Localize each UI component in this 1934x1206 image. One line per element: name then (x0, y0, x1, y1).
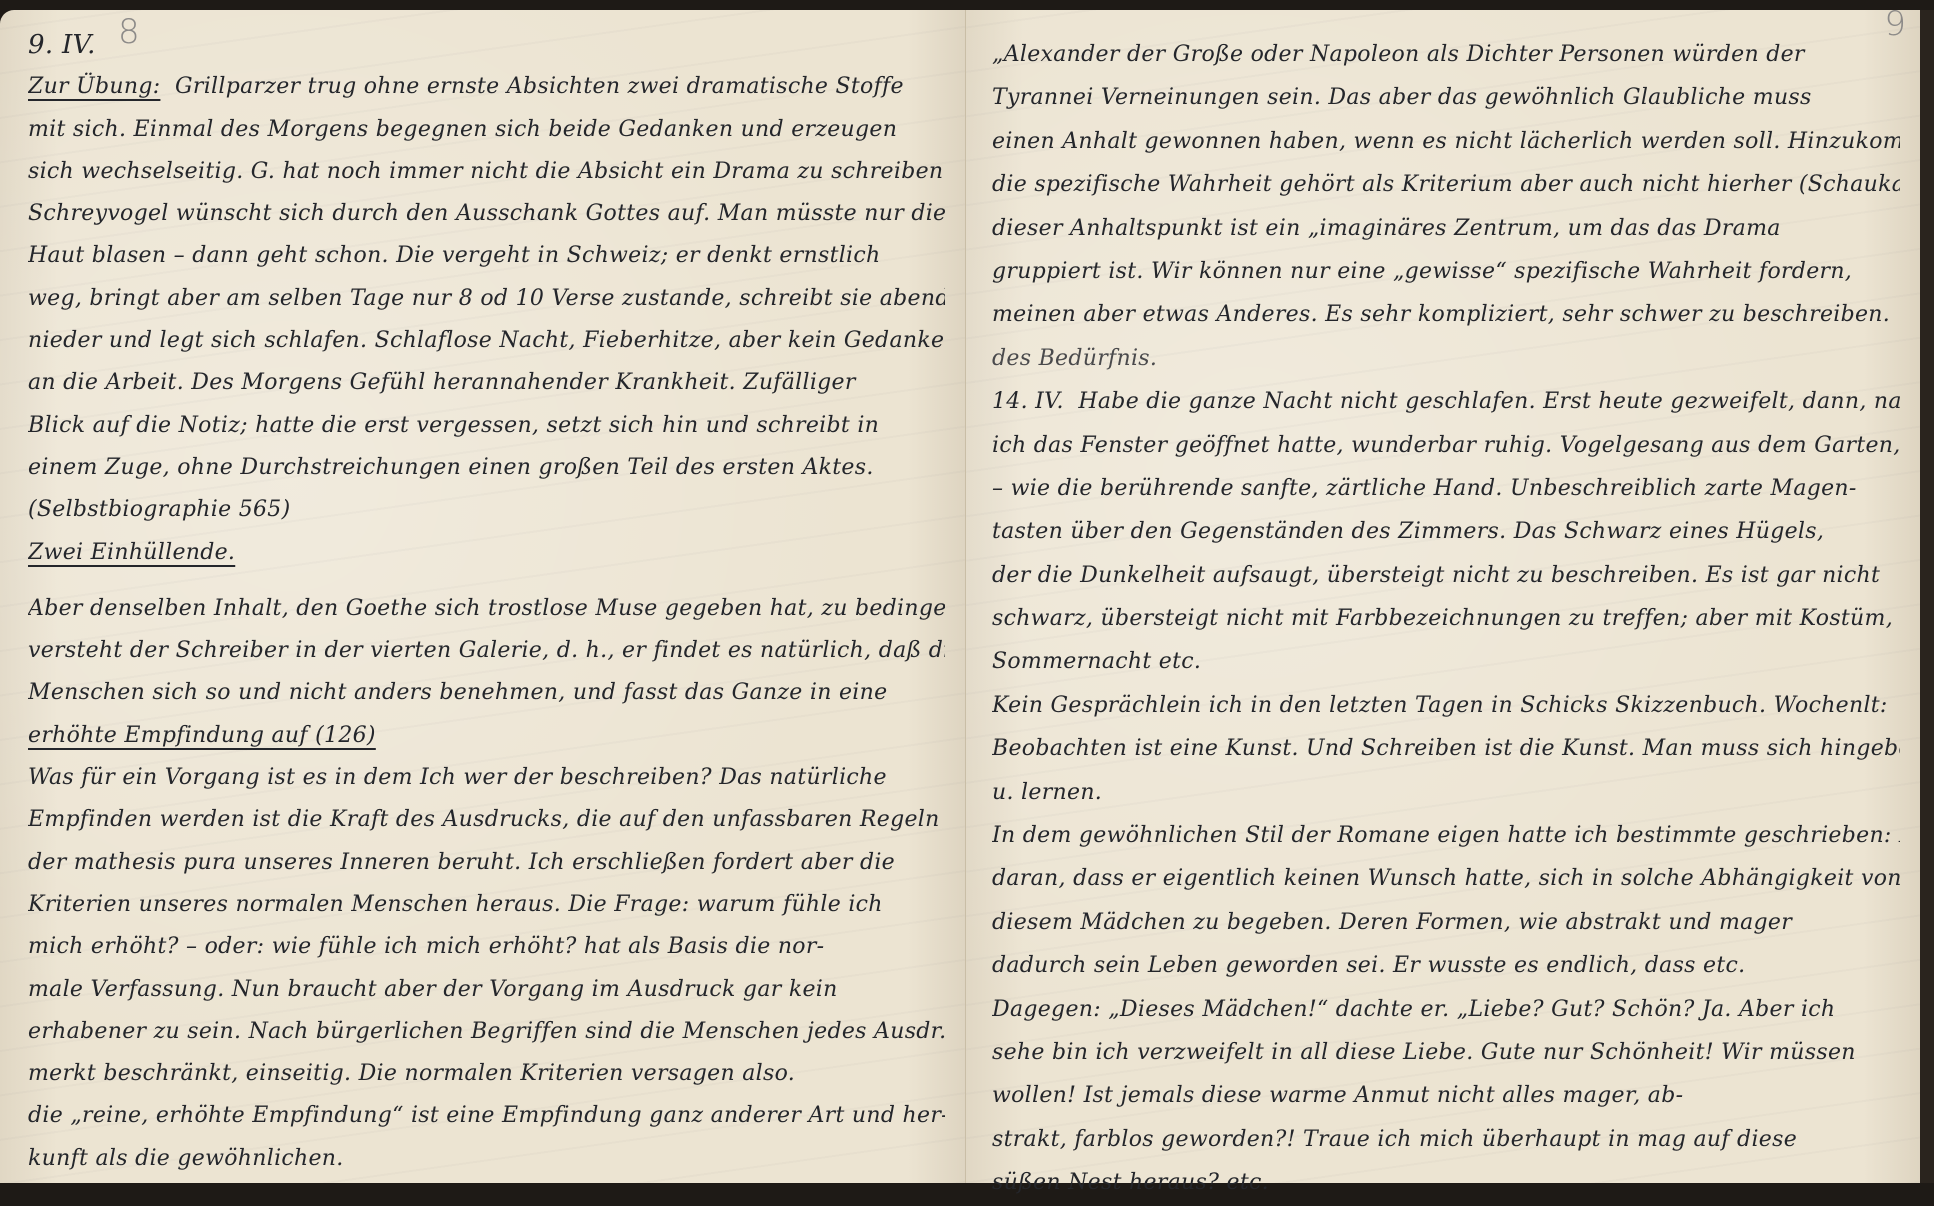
text-line: dadurch sein Leben geworden sei. Er wuss… (992, 945, 1900, 988)
text-line: Blick auf die Notiz; hatte die erst verg… (28, 405, 945, 447)
citation-line: (Selbstbiographie 565) (28, 489, 945, 531)
text-line: tasten über den Gegenständen des Zimmers… (992, 511, 1900, 554)
text-line: schwarz, übersteigt nicht mit Farbbezeic… (992, 598, 1900, 641)
text-line: Was für ein Vorgang ist es in dem Ich we… (28, 757, 945, 799)
text-line: wollen! Ist jemals diese warme Anmut nic… (992, 1075, 1900, 1118)
underlined-phrase: erhöhte Empfindung auf (126) (28, 723, 376, 748)
right-page: 9 „Alexander der Große oder Napoleon als… (965, 10, 1920, 1183)
left-page-text: 9. IV. Zur Übung: Grillparzer trug ohne … (28, 24, 945, 1180)
text-line: ich das Fenster geöffnet hatte, wunderba… (992, 425, 1900, 468)
text-line: des Bedürfnis. (992, 338, 1900, 381)
text-line: Aber denselben Inhalt, den Goethe sich t… (28, 588, 945, 630)
text-line: gruppiert ist. Wir können nur eine „gewi… (992, 251, 1900, 294)
text-line: sich wechselseitig. G. hat noch immer ni… (28, 151, 945, 193)
line-text: Habe die ganze Nacht nicht geschlafen. E… (1078, 389, 1900, 414)
text-line: kunft als die gewöhnlichen. (28, 1138, 945, 1180)
text-line: Schreyvogel wünscht sich durch den Aussc… (28, 193, 945, 235)
notebook-spread: 8 9. IV. Zur Übung: Grillparzer trug ohn… (0, 10, 1934, 1183)
entry-date: 14. IV. (992, 389, 1064, 414)
text-line: der mathesis pura unseres Inneren beruht… (28, 842, 945, 884)
text-line: daran, dass er eigentlich keinen Wunsch … (992, 858, 1900, 901)
text-line: „Alexander der Große oder Napoleon als D… (992, 34, 1900, 77)
text-line: Menschen sich so und nicht anders benehm… (28, 672, 945, 714)
text-line: u. lernen. (992, 772, 1900, 815)
text-line: Beobachten ist eine Kunst. Und Schreiben… (992, 728, 1900, 771)
text-line: Empfinden werden ist die Kraft des Ausdr… (28, 799, 945, 841)
text-line: die spezifische Wahrheit gehört als Krit… (992, 164, 1900, 207)
text-line: strakt, farblos geworden?! Traue ich mic… (992, 1119, 1900, 1162)
text-line: nieder und legt sich schlafen. Schlaflos… (28, 320, 945, 362)
text-line: diesem Mädchen zu begeben. Deren Formen,… (992, 902, 1900, 945)
text-line: In dem gewöhnlichen Stil der Romane eige… (992, 815, 1900, 858)
text-line: Kein Gesprächlein ich in den letzten Tag… (992, 685, 1900, 728)
section-heading: Zur Übung: (28, 74, 160, 99)
line-text: Grillparzer trug ohne ernste Absichten z… (175, 74, 904, 99)
text-line: mich erhöht? – oder: wie fühle ich mich … (28, 926, 945, 968)
text-line: erhöhte Empfindung auf (126) (28, 715, 945, 757)
text-line: der die Dunkelheit aufsaugt, übersteigt … (992, 555, 1900, 598)
text-line: Dagegen: „Dieses Mädchen!“ dachte er. „L… (992, 989, 1900, 1032)
entry-first-line: 14. IV. Habe die ganze Nacht nicht gesch… (992, 381, 1900, 424)
right-page-text: „Alexander der Große oder Napoleon als D… (992, 34, 1900, 1183)
text-line: süßen Nest heraus? etc. (992, 1162, 1900, 1183)
text-line: versteht der Schreiber in der vierten Ga… (28, 630, 945, 672)
spacer (28, 574, 945, 588)
text-line: weg, bringt aber am selben Tage nur 8 od… (28, 278, 945, 320)
text-line: sehe bin ich verzweifelt in all diese Li… (992, 1032, 1900, 1075)
text-line: Tyrannei Verneinungen sein. Das aber das… (992, 77, 1900, 120)
text-line: meinen aber etwas Anderes. Es sehr kompl… (992, 294, 1900, 337)
text-line: male Verfassung. Nun braucht aber der Vo… (28, 969, 945, 1011)
first-line: Zur Übung: Grillparzer trug ohne ernste … (28, 66, 945, 108)
text-line: an die Arbeit. Des Morgens Gefühl herann… (28, 362, 945, 404)
text-line: merkt beschränkt, einseitig. Die normale… (28, 1053, 945, 1095)
subheading-line: Zwei Einhüllende. (28, 532, 945, 574)
text-line: einem Zuge, ohne Durchstreichungen einen… (28, 447, 945, 489)
text-line: dieser Anhaltspunkt ist ein „imaginäres … (992, 208, 1900, 251)
subheading: Zwei Einhüllende. (28, 540, 235, 565)
text-line: – wie die berührende sanfte, zärtliche H… (992, 468, 1900, 511)
text-line: die „reine, erhöhte Empfindung“ ist eine… (28, 1095, 945, 1137)
text-line: erhabener zu sein. Nach bürgerlichen Beg… (28, 1011, 945, 1053)
text-line: Haut blasen – dann geht schon. Die verge… (28, 235, 945, 277)
text-line: einen Anhalt gewonnen haben, wenn es nic… (992, 121, 1900, 164)
book-edge (1920, 10, 1934, 1183)
text-line: Kriterien unseres normalen Menschen hera… (28, 884, 945, 926)
left-page: 8 9. IV. Zur Übung: Grillparzer trug ohn… (0, 10, 965, 1183)
text-line: mit sich. Einmal des Morgens begegnen si… (28, 109, 945, 151)
entry-date: 9. IV. (28, 24, 945, 66)
text-line: Sommernacht etc. (992, 641, 1900, 684)
